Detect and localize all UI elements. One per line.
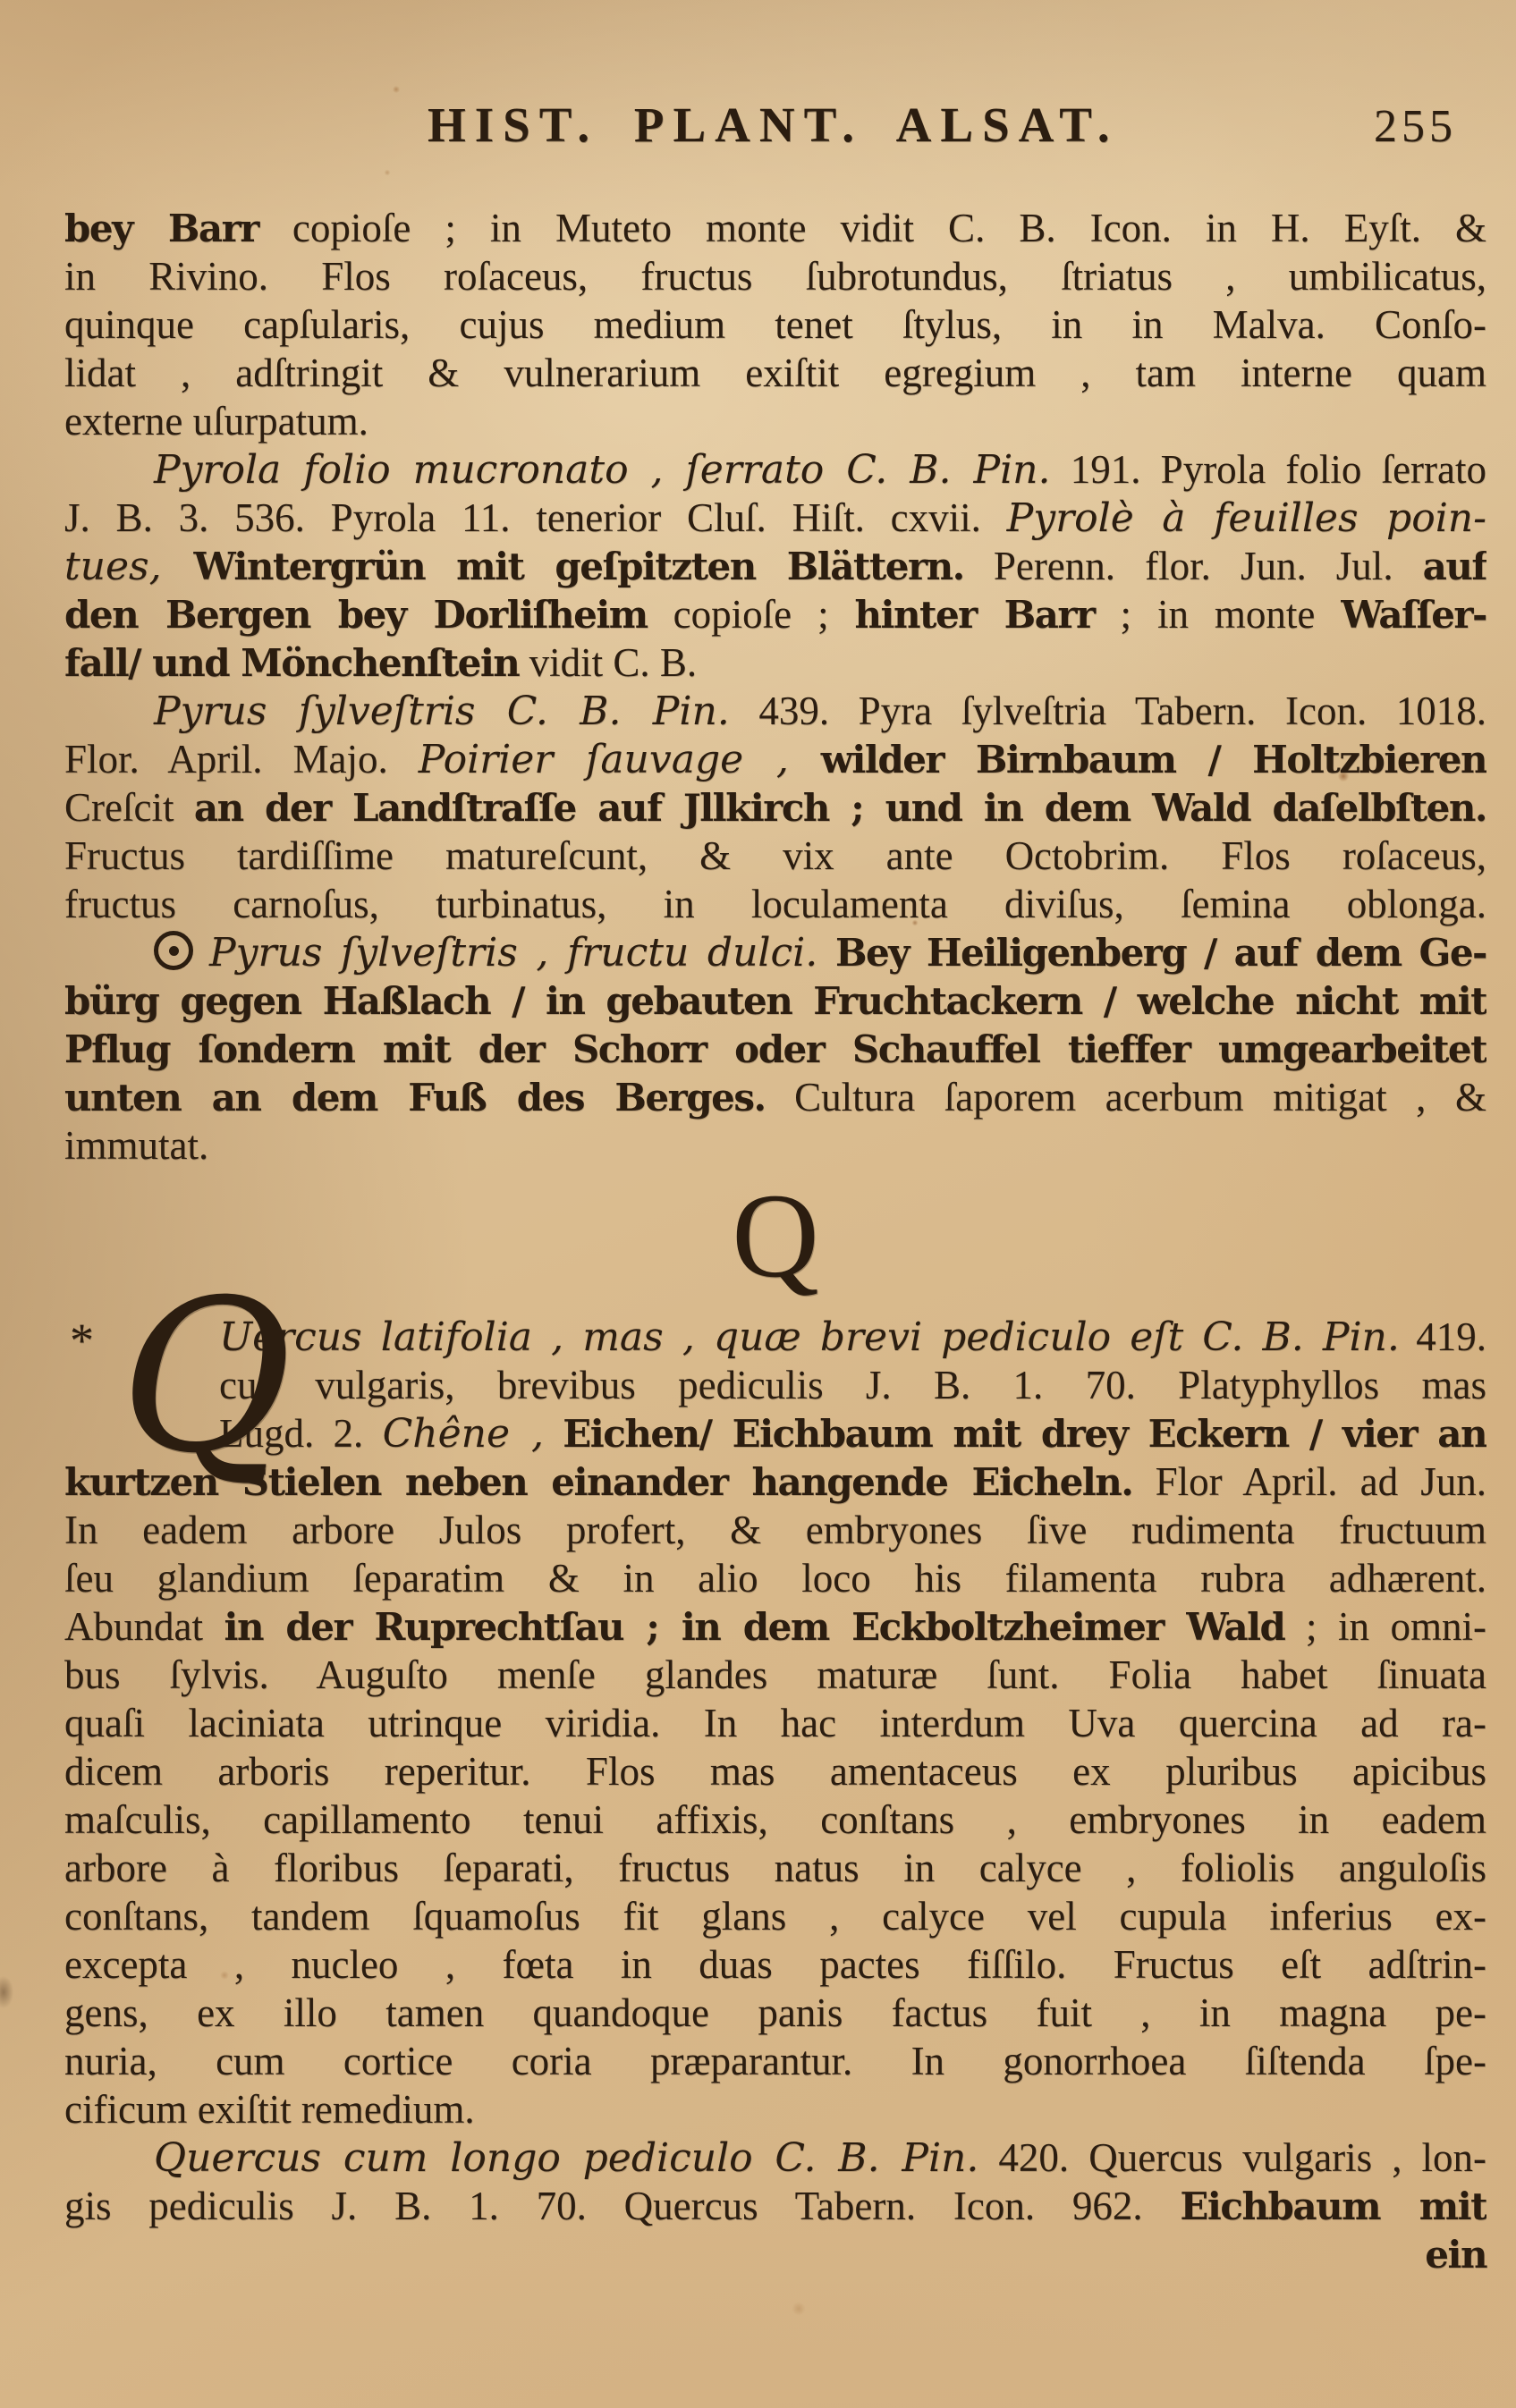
text-segment-rom: Lugd. 2. [219, 1411, 383, 1456]
text-segment-rom: In eadem arbore Julos profert, & embryon… [64, 1508, 1486, 1552]
text-line: excepta , nucleo , fœta in duas pactes f… [64, 1940, 1486, 1989]
text-segment-rom [544, 1411, 563, 1456]
text-segment-rom: quaſi laciniata utrinque viridia. In hac… [64, 1701, 1486, 1745]
margin-asterisk: * [70, 1316, 94, 1365]
text-segment-rom: 439. Pyra ſylveſtria Tabern. Icon. 1018. [730, 689, 1486, 733]
text-segment-rom: Flor April. ad Jun. [1132, 1459, 1486, 1504]
catchword: ein [1425, 2233, 1486, 2277]
text-line: Pyrola folio mucronato , ſerrato C. B. P… [64, 445, 1486, 494]
text-segment-rom: quinque capſularis, cujus medium tenet ſ… [64, 302, 1486, 347]
text-line: kurtzen Stielen neben einander hangende … [64, 1457, 1486, 1506]
sun-symbol-icon [154, 931, 193, 970]
paragraph-pyrola: Pyrola folio mucronato , ſerrato C. B. P… [64, 445, 1486, 687]
text-segment-ital: Chêne , [383, 1411, 544, 1457]
text-segment-rom: Fructus tardiſſime matureſcunt, & vix an… [64, 833, 1486, 878]
text-line: bus ſylvis. Auguſto menſe glandes maturæ… [64, 1651, 1486, 1699]
text-line: Pyrus ſylveſtris C. B. Pin. 439. Pyra ſy… [64, 687, 1486, 735]
paragraph-quercus-latifolia: Uercus latifolia , mas , quæ brevi pedic… [64, 1313, 1486, 2133]
paragraphs-before-heading: bey Barr copioſe ; in Muteto monte vidit… [64, 204, 1486, 1170]
page-body: bey Barr copioſe ; in Muteto monte vidit… [64, 204, 1486, 2278]
text-line: Quercus cum longo pediculo C. B. Pin. 42… [64, 2133, 1486, 2182]
text-line: Creſcit an der Landſtraſſe auf Jllkirch … [64, 783, 1486, 832]
book-page: HIST. PLANT. ALSAT. 255 bey Barr copioſe… [0, 0, 1516, 2408]
page-number: 255 [1374, 104, 1457, 150]
text-segment-rom: nuria, cum cortice coria præparantur. In… [64, 2039, 1486, 2083]
paragraph-continuation: bey Barr copioſe ; in Muteto monte vidit… [64, 204, 1486, 445]
text-line: gens, ex illo tamen quandoque panis fact… [64, 1989, 1486, 2037]
text-segment-rom: ſeu glandium ſeparatim & in alio loco hi… [64, 1556, 1486, 1601]
text-line: In eadem arbore Julos profert, & embryon… [64, 1506, 1486, 1554]
text-segment-frak: auf [1423, 545, 1486, 588]
text-segment-rom: dicem arboris reperitur. Flos mas amenta… [64, 1749, 1486, 1794]
text-segment-rom: 420. Quercus vulgaris , lon- [978, 2135, 1486, 2180]
text-segment-rom: bus ſylvis. Auguſto menſe glandes maturæ… [64, 1652, 1486, 1697]
text-segment-frak: Eichen/ Eichbaum mit drey Eckern / vier … [563, 1412, 1486, 1456]
paragraph-pyrus-dulci: Pyrus ſylveſtris , fructu dulci. Bey Hei… [64, 928, 1486, 1170]
text-line: Abundat in der Ruprechtſau ; in dem Eckb… [64, 1602, 1486, 1651]
text-line: fructus carnoſus, turbinatus, in loculam… [64, 880, 1486, 928]
text-line: J. B. 3. 536. Pyrola 11. tenerior Cluſ. … [64, 494, 1486, 542]
text-segment-frak: Waſſer- [1341, 593, 1486, 637]
section-heading-q: Q [64, 1170, 1486, 1313]
text-segment-rom: Cultura ſaporem acerbum mitigat , & [766, 1075, 1486, 1120]
text-line: externe uſurpatum. [64, 397, 1486, 445]
page-title: HIST. PLANT. ALSAT. [428, 100, 1119, 149]
text-segment-frak: bürg gegen Haßlach / in gebauten Fruchta… [64, 979, 1486, 1025]
text-segment-rom: Perenn. flor. Jun. Jul. [964, 544, 1423, 588]
text-segment-ital: Uercus latifolia , mas , quæ brevi pedic… [219, 1314, 1400, 1360]
text-segment-frak: bey Barr [64, 207, 258, 250]
text-segment-frak: an der Landſtraſſe auf Jllkirch ; und in… [194, 786, 1486, 830]
text-segment-frak: fall/ und Mönchenſtein [64, 641, 519, 685]
text-segment-rom: gis pediculis J. B. 1. 70. Quercus Taber… [64, 2184, 1180, 2228]
paragraph-pyrus-sylvestris: Pyrus ſylveſtris C. B. Pin. 439. Pyra ſy… [64, 687, 1486, 928]
text-segment-frak: Pflug ſondern mit der Schorr oder Schauf… [64, 1027, 1486, 1073]
text-segment-frak: unten an dem Fuß des Berges. [64, 1076, 766, 1120]
text-line: quaſi laciniata utrinque viridia. In hac… [64, 1699, 1486, 1747]
text-segment-frak: Bey Heiligenberg / auf dem Ge- [817, 931, 1486, 975]
text-line: nuria, cum cortice coria præparantur. In… [64, 2037, 1486, 2085]
text-segment-frak: kurtzen Stielen neben einander hangende … [64, 1460, 1132, 1504]
text-segment-frak: Eichbaum mit [1180, 2184, 1486, 2228]
text-line: in Rivino. Flos roſaceus, fructus ſubrot… [64, 252, 1486, 300]
text-segment-ital: Pyrola folio mucronato , ſerrato C. B. P… [154, 447, 1051, 493]
text-segment-rom: gens, ex illo tamen quandoque panis fact… [64, 1990, 1486, 2035]
paragraphs-after-heading: * Q Uercus latifolia , mas , quæ brevi p… [64, 1313, 1486, 2230]
text-line: Uercus latifolia , mas , quæ brevi pedic… [64, 1313, 1486, 1361]
text-line: maſculis, capillamento tenui affixis, co… [64, 1795, 1486, 1844]
text-line: bey Barr copioſe ; in Muteto monte vidit… [64, 204, 1486, 252]
text-segment-ital: Quercus cum longo pediculo C. B. Pin. [154, 2135, 978, 2181]
text-segment-rom: fructus carnoſus, turbinatus, in loculam… [64, 882, 1486, 926]
text-segment-ital: Pyrolè à feuilles poin- [1007, 495, 1486, 541]
text-line: quinque capſularis, cujus medium tenet ſ… [64, 300, 1486, 349]
text-line: dicem arboris reperitur. Flos mas amenta… [64, 1747, 1486, 1795]
text-segment-frak: hinter Barr [855, 593, 1095, 637]
text-line: arbore à floribus ſeparati, fructus natu… [64, 1844, 1486, 1892]
text-line: bürg gegen Haßlach / in gebauten Fruchta… [64, 976, 1486, 1025]
text-segment-rom: cificum exiſtit remedium. [64, 2087, 475, 2132]
text-line: lidat , adſtringit & vulnerarium exiſtit… [64, 349, 1486, 397]
text-line: tues, Wintergrün mit geſpitzten Blättern… [64, 542, 1486, 590]
text-segment-rom: copioſe ; in Muteto monte vidit C. B. Ic… [258, 206, 1486, 250]
text-segment-rom: J. B. 3. 536. Pyrola 11. tenerior Cluſ. … [64, 495, 1007, 540]
text-line: Lugd. 2. Chêne , Eichen/ Eichbaum mit dr… [64, 1409, 1486, 1457]
text-segment-rom: ; in omni- [1284, 1604, 1486, 1649]
text-segment-frak: wilder Birnbaum / Holtzbieren [789, 738, 1486, 782]
text-line: Pflug ſondern mit der Schorr oder Schauf… [64, 1025, 1486, 1073]
text-line: cus vulgaris, brevibus pediculis J. B. 1… [64, 1361, 1486, 1409]
text-line: fall/ und Mönchenſtein vidit C. B. [64, 638, 1486, 687]
text-segment-rom: externe uſurpatum. [64, 399, 368, 444]
text-segment-ital: Pyrus ſylveſtris , fructu dulci. [209, 930, 817, 976]
text-segment-rom: lidat , adſtringit & vulnerarium exiſtit… [64, 351, 1486, 395]
catchword-line: ein [64, 2230, 1486, 2278]
text-segment-ital: Pyrus ſylveſtris C. B. Pin. [154, 689, 730, 734]
text-segment-frak: Wintergrün mit geſpitzten Blättern. [193, 545, 963, 588]
text-line: den Bergen bey Dorliſheim copioſe ; hint… [64, 590, 1486, 638]
text-segment-ital: tues, [64, 544, 193, 589]
paragraph-quercus-longo: Quercus cum longo pediculo C. B. Pin. 42… [64, 2133, 1486, 2230]
text-segment-rom: Abundat [64, 1604, 224, 1649]
text-segment-ital: Poirier ſauvage , [419, 737, 789, 782]
text-segment-rom: arbore à floribus ſeparati, fructus natu… [64, 1846, 1486, 1890]
text-segment-frak: den Bergen bey Dorliſheim [64, 593, 648, 637]
text-segment-frak: in der Ruprechtſau ; in dem Eckboltzheim… [224, 1605, 1285, 1649]
text-segment-rom: conſtans, tandem ſquamoſus fit glans , c… [64, 1894, 1486, 1939]
text-segment-rom: ; in monte [1095, 592, 1342, 637]
text-segment-rom: Creſcit [64, 785, 194, 830]
text-segment-rom: maſculis, capillamento tenui affixis, co… [64, 1797, 1486, 1842]
text-line: gis pediculis J. B. 1. 70. Quercus Taber… [64, 2182, 1486, 2230]
text-line: Flor. April. Majo. Poirier ſauvage , wil… [64, 735, 1486, 783]
text-segment-rom: in Rivino. Flos roſaceus, fructus ſubrot… [64, 254, 1486, 299]
text-segment-rom: copioſe ; [648, 592, 855, 637]
text-segment-rom: excepta , nucleo , fœta in duas pactes f… [64, 1942, 1486, 1987]
text-line: Pyrus ſylveſtris , fructu dulci. Bey Hei… [64, 928, 1486, 976]
text-line: cificum exiſtit remedium. [64, 2085, 1486, 2133]
text-line: Fructus tardiſſime matureſcunt, & vix an… [64, 832, 1486, 880]
text-line: immutat. [64, 1121, 1486, 1170]
text-line: conſtans, tandem ſquamoſus fit glans , c… [64, 1892, 1486, 1940]
text-line: ſeu glandium ſeparatim & in alio loco hi… [64, 1554, 1486, 1602]
text-segment-rom: immutat. [64, 1123, 208, 1168]
text-line: unten an dem Fuß des Berges. Cultura ſap… [64, 1073, 1486, 1121]
text-segment-rom: cus vulgaris, brevibus pediculis J. B. 1… [219, 1363, 1486, 1407]
text-segment-rom: Flor. April. Majo. [64, 737, 419, 782]
text-segment-rom: vidit C. B. [519, 640, 697, 685]
text-segment-rom: 191. Pyrola folio ſerrato [1051, 447, 1487, 492]
